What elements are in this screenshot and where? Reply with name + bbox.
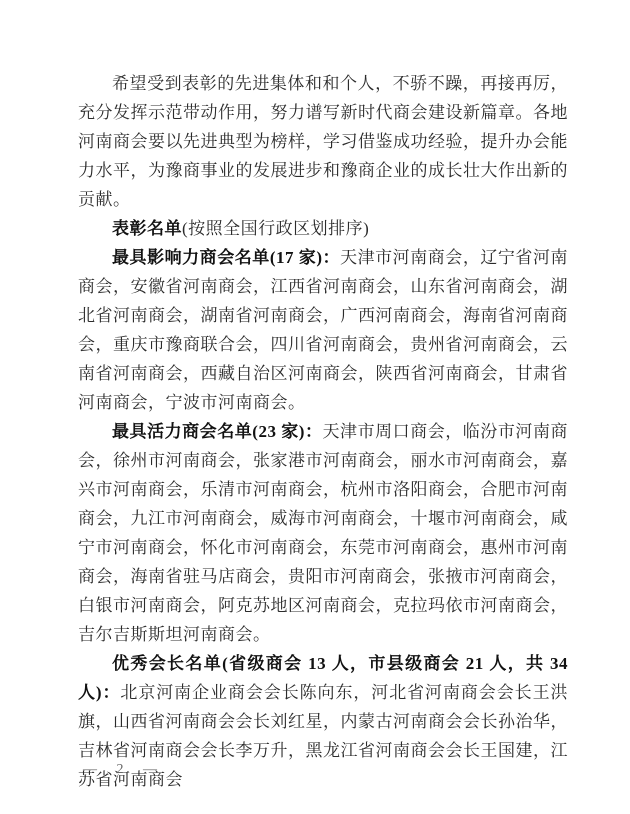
most-influential-chambers-text: 天津市河南商会，辽宁省河南商会，安徽省河南商会，江西省河南商会，山东省河南商会，…: [78, 248, 568, 412]
paragraph-intro-text: 希望受到表彰的先进集体和和个人，不骄不躁，再接再厉，充分发挥示范带动作用，努力谱…: [78, 74, 568, 209]
paragraph-most-dynamic-chambers: 最具活力商会名单(23 家)：天津市周口商会，临汾市河南商会，徐州市河南商会，张…: [78, 417, 568, 649]
paragraph-most-influential-chambers: 最具影响力商会名单(17 家)：天津市河南商会，辽宁省河南商会，安徽省河南商会，…: [78, 243, 568, 417]
commendation-list-heading-lead: 表彰名单: [112, 219, 182, 238]
page-number: — 2 —: [83, 762, 165, 778]
paragraph-commendation-list-heading: 表彰名单(按照全国行政区划排序): [78, 214, 568, 243]
document-body: 希望受到表彰的先进集体和和个人，不骄不躁，再接再厉，充分发挥示范带动作用，努力谱…: [78, 69, 568, 794]
most-dynamic-chambers-text: 天津市周口商会，临汾市河南商会，徐州市河南商会，张家港市河南商会，丽水市河南商会…: [78, 422, 568, 644]
paragraph-intro: 希望受到表彰的先进集体和和个人，不骄不躁，再接再厉，充分发挥示范带动作用，努力谱…: [78, 69, 568, 214]
most-dynamic-chambers-lead: 最具活力商会名单(23 家)：: [112, 422, 323, 441]
commendation-list-heading-text: (按照全国行政区划排序): [182, 219, 369, 238]
most-influential-chambers-lead: 最具影响力商会名单(17 家)：: [112, 248, 340, 267]
document-page: 希望受到表彰的先进集体和和个人，不骄不躁，再接再厉，充分发挥示范带动作用，努力谱…: [0, 0, 630, 814]
